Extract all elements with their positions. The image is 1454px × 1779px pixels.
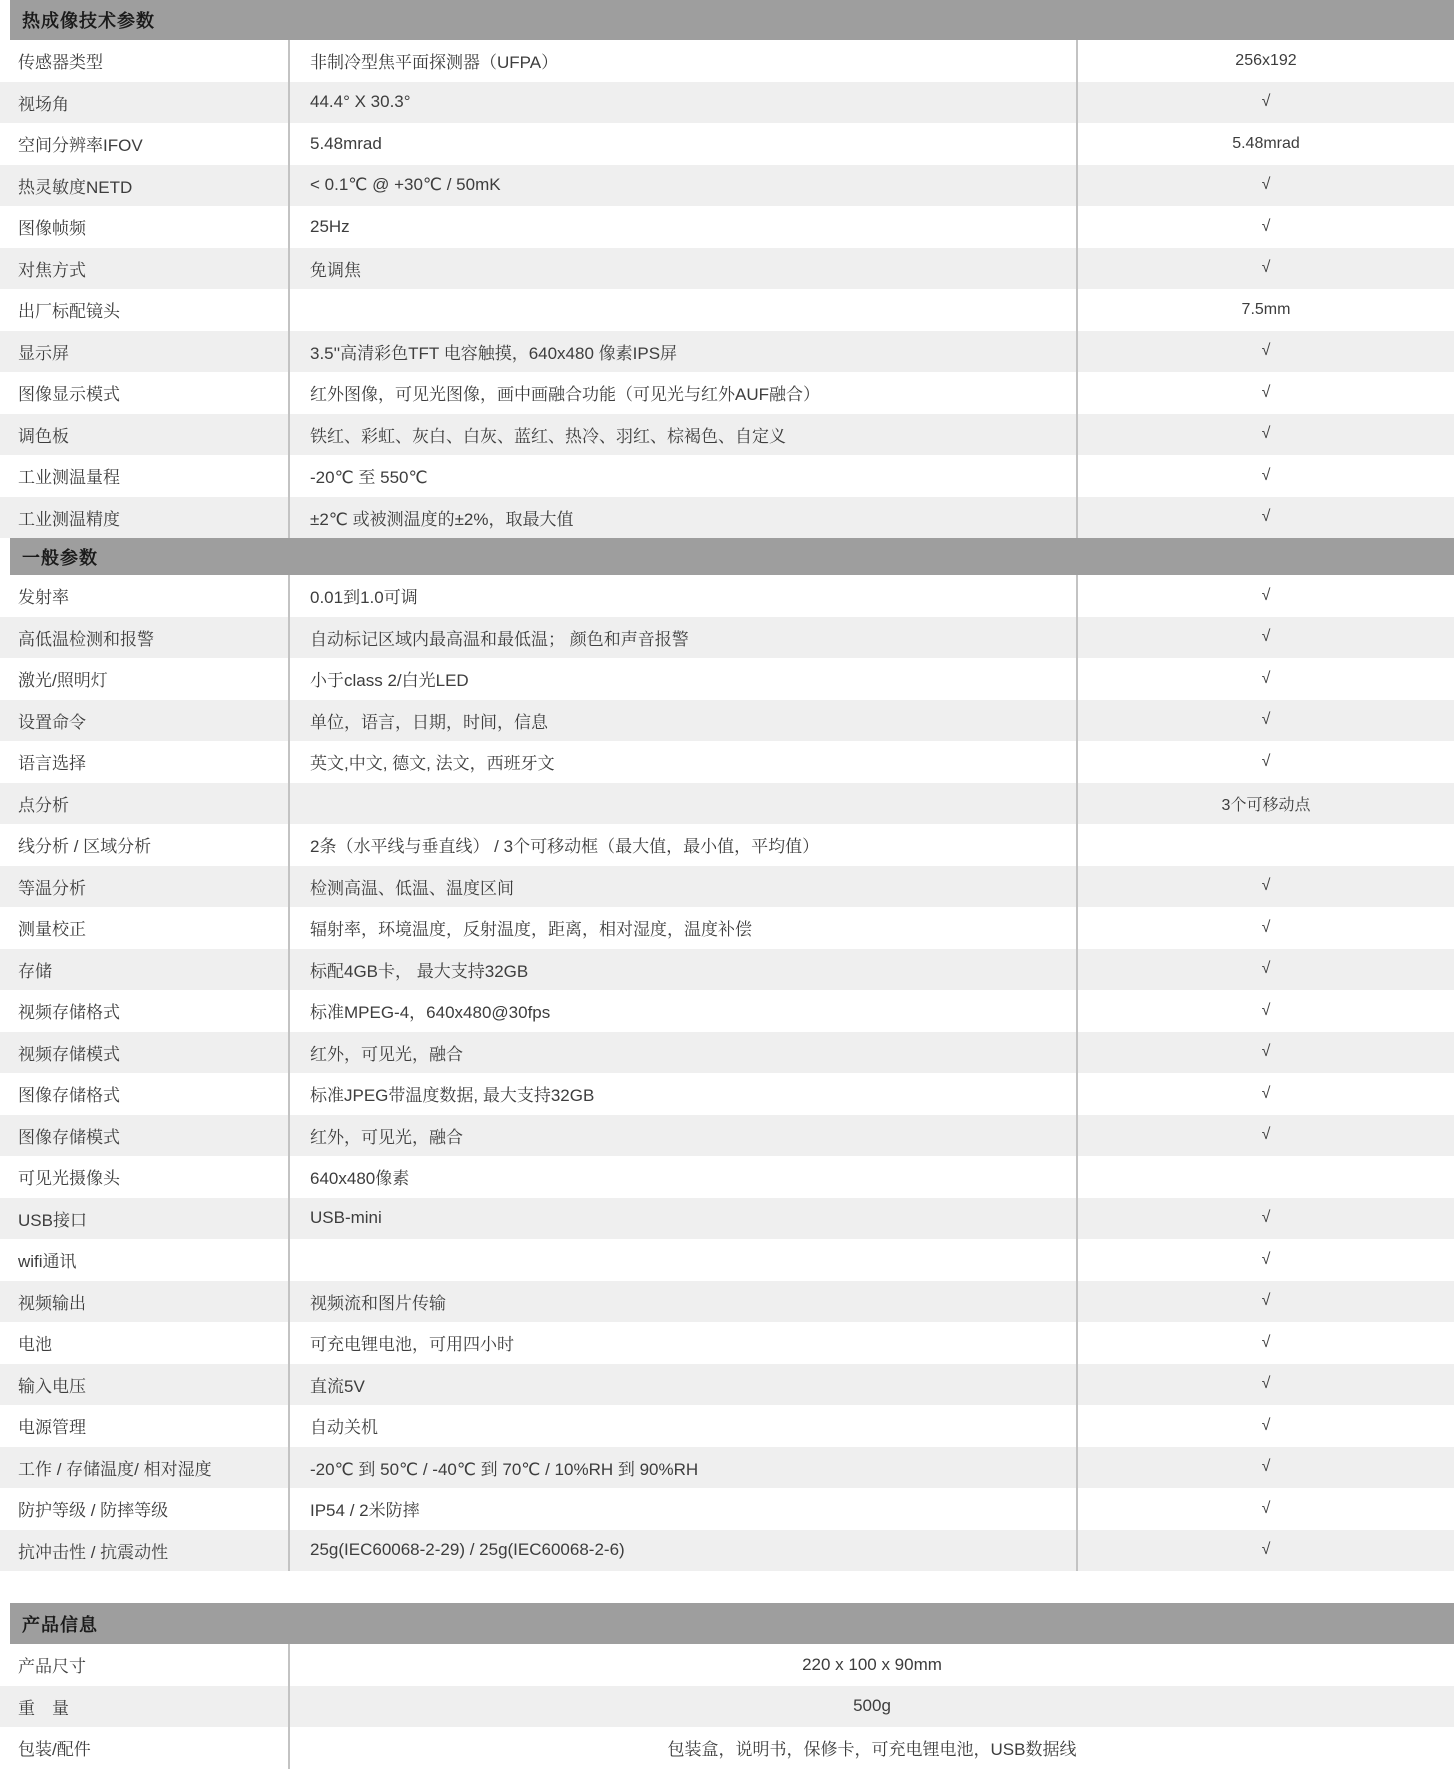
row-description: < 0.1℃ @ +30℃ / 50mK [290, 165, 1078, 207]
table-row: 视频输出 视频流和图片传输 √ [0, 1281, 1454, 1323]
row-description: -20℃ 到 50℃ / -40℃ 到 70℃ / 10%RH 到 90%RH [290, 1447, 1078, 1489]
row-value: √ [1078, 617, 1454, 659]
row-value: √ [1078, 1447, 1454, 1489]
row-label: 视频存储模式 [0, 1032, 290, 1074]
row-description: 自动标记区域内最高温和最低温； 颜色和声音报警 [290, 617, 1078, 659]
row-label: 点分析 [0, 783, 290, 825]
table-row: 产品尺寸 220 x 100 x 90mm [0, 1644, 1454, 1686]
row-value: √ [1078, 1364, 1454, 1406]
row-label: 显示屏 [0, 331, 290, 373]
row-description: 25Hz [290, 206, 1078, 248]
row-label: 视频输出 [0, 1281, 290, 1323]
row-label: 输入电压 [0, 1364, 290, 1406]
row-description: 标准JPEG带温度数据, 最大支持32GB [290, 1073, 1078, 1115]
row-label: 工作 / 存储温度/ 相对湿度 [0, 1447, 290, 1489]
table-row: 视频存储格式 标准MPEG-4，640x480@30fps √ [0, 990, 1454, 1032]
row-description: ±2℃ 或被测温度的±2%，取最大值 [290, 497, 1078, 539]
row-description: 铁红、彩虹、灰白、白灰、蓝红、热冷、羽红、棕褐色、自定义 [290, 414, 1078, 456]
table-row: 语言选择 英文,中文, 德文, 法文，西班牙文 √ [0, 741, 1454, 783]
row-description: 非制冷型焦平面探测器（UFPA） [290, 40, 1078, 82]
row-description: 辐射率，环境温度，反射温度，距离，相对湿度，温度补偿 [290, 907, 1078, 949]
row-label: 高低温检测和报警 [0, 617, 290, 659]
row-label: 图像显示模式 [0, 372, 290, 414]
section-title: 热成像技术参数 [22, 7, 155, 33]
row-label: 电源管理 [0, 1405, 290, 1447]
row-value: √ [1078, 990, 1454, 1032]
row-value: 220 x 100 x 90mm [290, 1644, 1454, 1686]
row-value: √ [1078, 82, 1454, 124]
row-label: 产品尺寸 [0, 1644, 290, 1686]
table-row: 输入电压 直流5V √ [0, 1364, 1454, 1406]
section-title: 产品信息 [22, 1611, 98, 1637]
section-rows: 发射率 0.01到1.0可调 √ 高低温检测和报警 自动标记区域内最高温和最低温… [0, 575, 1454, 1571]
row-label: 传感器类型 [0, 40, 290, 82]
section-header-bar: 产品信息 [10, 1603, 1454, 1644]
row-value: √ [1078, 907, 1454, 949]
row-label: 空间分辨率IFOV [0, 123, 290, 165]
row-description: 0.01到1.0可调 [290, 575, 1078, 617]
row-label: 发射率 [0, 575, 290, 617]
row-value: √ [1078, 1198, 1454, 1240]
section-general-parameters: 一般参数 发射率 0.01到1.0可调 √ 高低温检测和报警 自动标记区域内最高… [0, 538, 1454, 1571]
row-label: 语言选择 [0, 741, 290, 783]
table-row: 工业测温量程 -20℃ 至 550℃ √ [0, 455, 1454, 497]
row-label: 视场角 [0, 82, 290, 124]
row-value: √ [1078, 949, 1454, 991]
table-row: 热灵敏度NETD < 0.1℃ @ +30℃ / 50mK √ [0, 165, 1454, 207]
row-label: 防护等级 / 防摔等级 [0, 1488, 290, 1530]
table-row: 防护等级 / 防摔等级 IP54 / 2米防摔 √ [0, 1488, 1454, 1530]
row-description: 小于class 2/白光LED [290, 658, 1078, 700]
row-description: USB-mini [290, 1198, 1078, 1240]
table-row: wifi通讯 √ [0, 1239, 1454, 1281]
row-value: √ [1078, 866, 1454, 908]
row-value: √ [1078, 372, 1454, 414]
table-row: 传感器类型 非制冷型焦平面探测器（UFPA） 256x192 [0, 40, 1454, 82]
row-value: √ [1078, 1032, 1454, 1074]
row-label: 等温分析 [0, 866, 290, 908]
row-value: √ [1078, 455, 1454, 497]
table-row: 显示屏 3.5''高清彩色TFT 电容触摸，640x480 像素IPS屏 √ [0, 331, 1454, 373]
table-row: 高低温检测和报警 自动标记区域内最高温和最低温； 颜色和声音报警 √ [0, 617, 1454, 659]
row-description: 自动关机 [290, 1405, 1078, 1447]
row-description [290, 1239, 1078, 1281]
row-label: 图像存储模式 [0, 1115, 290, 1157]
row-description: 英文,中文, 德文, 法文，西班牙文 [290, 741, 1078, 783]
row-value [1078, 1156, 1454, 1198]
row-value: √ [1078, 1488, 1454, 1530]
section-header-bar: 热成像技术参数 [10, 0, 1454, 40]
row-value: √ [1078, 497, 1454, 539]
row-label: 调色板 [0, 414, 290, 456]
row-description [290, 783, 1078, 825]
row-label: 热灵敏度NETD [0, 165, 290, 207]
row-value: √ [1078, 1405, 1454, 1447]
section-product-info: 产品信息 产品尺寸 220 x 100 x 90mm 重 量 500g 包装/配… [0, 1603, 1454, 1769]
section-header-bar: 一般参数 [10, 538, 1454, 575]
table-row: 视场角 44.4° X 30.3° √ [0, 82, 1454, 124]
table-row: 图像显示模式 红外图像，可见光图像，画中画融合功能（可见光与红外AUF融合） √ [0, 372, 1454, 414]
row-label: 视频存储格式 [0, 990, 290, 1032]
table-row: 设置命令 单位，语言，日期，时间，信息 √ [0, 700, 1454, 742]
row-description: 直流5V [290, 1364, 1078, 1406]
table-row: 工业测温精度 ±2℃ 或被测温度的±2%，取最大值 √ [0, 497, 1454, 539]
section-thermal-imaging-parameters: 热成像技术参数 传感器类型 非制冷型焦平面探测器（UFPA） 256x192 视… [0, 0, 1454, 538]
row-value [1078, 824, 1454, 866]
table-row: 发射率 0.01到1.0可调 √ [0, 575, 1454, 617]
row-value: 256x192 [1078, 40, 1454, 82]
table-row: 电源管理 自动关机 √ [0, 1405, 1454, 1447]
row-value: √ [1078, 331, 1454, 373]
section-title: 一般参数 [22, 544, 98, 570]
row-value: √ [1078, 1239, 1454, 1281]
table-row: 调色板 铁红、彩虹、灰白、白灰、蓝红、热冷、羽红、棕褐色、自定义 √ [0, 414, 1454, 456]
spec-sheet: 热成像技术参数 传感器类型 非制冷型焦平面探测器（UFPA） 256x192 视… [0, 0, 1454, 1769]
row-value: √ [1078, 575, 1454, 617]
row-label: 包装/配件 [0, 1727, 290, 1769]
row-label: 激光/照明灯 [0, 658, 290, 700]
row-description: IP54 / 2米防摔 [290, 1488, 1078, 1530]
row-label: 电池 [0, 1322, 290, 1364]
table-row: 工作 / 存储温度/ 相对湿度 -20℃ 到 50℃ / -40℃ 到 70℃ … [0, 1447, 1454, 1489]
table-row: 出厂标配镜头 7.5mm [0, 289, 1454, 331]
row-description: 红外，可见光，融合 [290, 1032, 1078, 1074]
row-value: √ [1078, 1073, 1454, 1115]
table-row: 空间分辨率IFOV 5.48mrad 5.48mrad [0, 123, 1454, 165]
row-description: 标配4GB卡， 最大支持32GB [290, 949, 1078, 991]
row-value: 5.48mrad [1078, 123, 1454, 165]
row-description: 单位，语言，日期，时间，信息 [290, 700, 1078, 742]
table-row: 可见光摄像头 640x480像素 [0, 1156, 1454, 1198]
row-value: √ [1078, 741, 1454, 783]
row-label: 重 量 [0, 1686, 290, 1728]
row-value: √ [1078, 1281, 1454, 1323]
row-description: 标准MPEG-4，640x480@30fps [290, 990, 1078, 1032]
table-row: 电池 可充电锂电池，可用四小时 √ [0, 1322, 1454, 1364]
row-value: √ [1078, 1322, 1454, 1364]
table-row: 图像帧频 25Hz √ [0, 206, 1454, 248]
row-value: √ [1078, 700, 1454, 742]
row-description: 25g(IEC60068-2-29) / 25g(IEC60068-2-6) [290, 1530, 1078, 1572]
table-row: 抗冲击性 / 抗震动性 25g(IEC60068-2-29) / 25g(IEC… [0, 1530, 1454, 1572]
table-row: 等温分析 检测高温、低温、温度区间 √ [0, 866, 1454, 908]
row-label: 对焦方式 [0, 248, 290, 290]
row-value: √ [1078, 1115, 1454, 1157]
row-value: √ [1078, 206, 1454, 248]
table-row: 对焦方式 免调焦 √ [0, 248, 1454, 290]
row-description: -20℃ 至 550℃ [290, 455, 1078, 497]
table-row: 图像存储格式 标准JPEG带温度数据, 最大支持32GB √ [0, 1073, 1454, 1115]
row-value: 3个可移动点 [1078, 783, 1454, 825]
row-description: 免调焦 [290, 248, 1078, 290]
section-rows: 传感器类型 非制冷型焦平面探测器（UFPA） 256x192 视场角 44.4°… [0, 40, 1454, 538]
row-description: 3.5''高清彩色TFT 电容触摸，640x480 像素IPS屏 [290, 331, 1078, 373]
table-row: 激光/照明灯 小于class 2/白光LED √ [0, 658, 1454, 700]
table-row: 重 量 500g [0, 1686, 1454, 1728]
row-value: √ [1078, 1530, 1454, 1572]
row-description: 红外，可见光，融合 [290, 1115, 1078, 1157]
row-value: 500g [290, 1686, 1454, 1728]
table-row: 线分析 / 区域分析 2条（水平线与垂直线） / 3个可移动框（最大值，最小值，… [0, 824, 1454, 866]
table-row: 存储 标配4GB卡， 最大支持32GB √ [0, 949, 1454, 991]
row-label: wifi通讯 [0, 1239, 290, 1281]
row-description: 检测高温、低温、温度区间 [290, 866, 1078, 908]
row-description: 红外图像，可见光图像，画中画融合功能（可见光与红外AUF融合） [290, 372, 1078, 414]
row-label: 测量校正 [0, 907, 290, 949]
row-value: √ [1078, 165, 1454, 207]
row-value: √ [1078, 414, 1454, 456]
section-rows: 产品尺寸 220 x 100 x 90mm 重 量 500g 包装/配件 包装盒… [0, 1644, 1454, 1769]
table-row: 图像存储模式 红外，可见光，融合 √ [0, 1115, 1454, 1157]
row-description: 视频流和图片传输 [290, 1281, 1078, 1323]
row-value: √ [1078, 248, 1454, 290]
row-description: 2条（水平线与垂直线） / 3个可移动框（最大值，最小值，平均值） [290, 824, 1078, 866]
row-label: 图像帧频 [0, 206, 290, 248]
table-row: 视频存储模式 红外，可见光，融合 √ [0, 1032, 1454, 1074]
row-label: 抗冲击性 / 抗震动性 [0, 1530, 290, 1572]
table-row: 测量校正 辐射率，环境温度，反射温度，距离，相对湿度，温度补偿 √ [0, 907, 1454, 949]
row-label: 设置命令 [0, 700, 290, 742]
row-label: 图像存储格式 [0, 1073, 290, 1115]
row-label: 工业测温量程 [0, 455, 290, 497]
table-row: USB接口 USB-mini √ [0, 1198, 1454, 1240]
row-value: 7.5mm [1078, 289, 1454, 331]
row-description: 44.4° X 30.3° [290, 82, 1078, 124]
table-row: 点分析 3个可移动点 [0, 783, 1454, 825]
row-description: 640x480像素 [290, 1156, 1078, 1198]
row-label: 工业测温精度 [0, 497, 290, 539]
row-value: √ [1078, 658, 1454, 700]
row-description: 5.48mrad [290, 123, 1078, 165]
row-label: 线分析 / 区域分析 [0, 824, 290, 866]
row-label: USB接口 [0, 1198, 290, 1240]
table-row: 包装/配件 包装盒，说明书，保修卡，可充电锂电池，USB数据线 [0, 1727, 1454, 1769]
row-value: 包装盒，说明书，保修卡，可充电锂电池，USB数据线 [290, 1727, 1454, 1769]
row-label: 出厂标配镜头 [0, 289, 290, 331]
row-label: 存储 [0, 949, 290, 991]
row-label: 可见光摄像头 [0, 1156, 290, 1198]
row-description: 可充电锂电池，可用四小时 [290, 1322, 1078, 1364]
row-description [290, 289, 1078, 331]
